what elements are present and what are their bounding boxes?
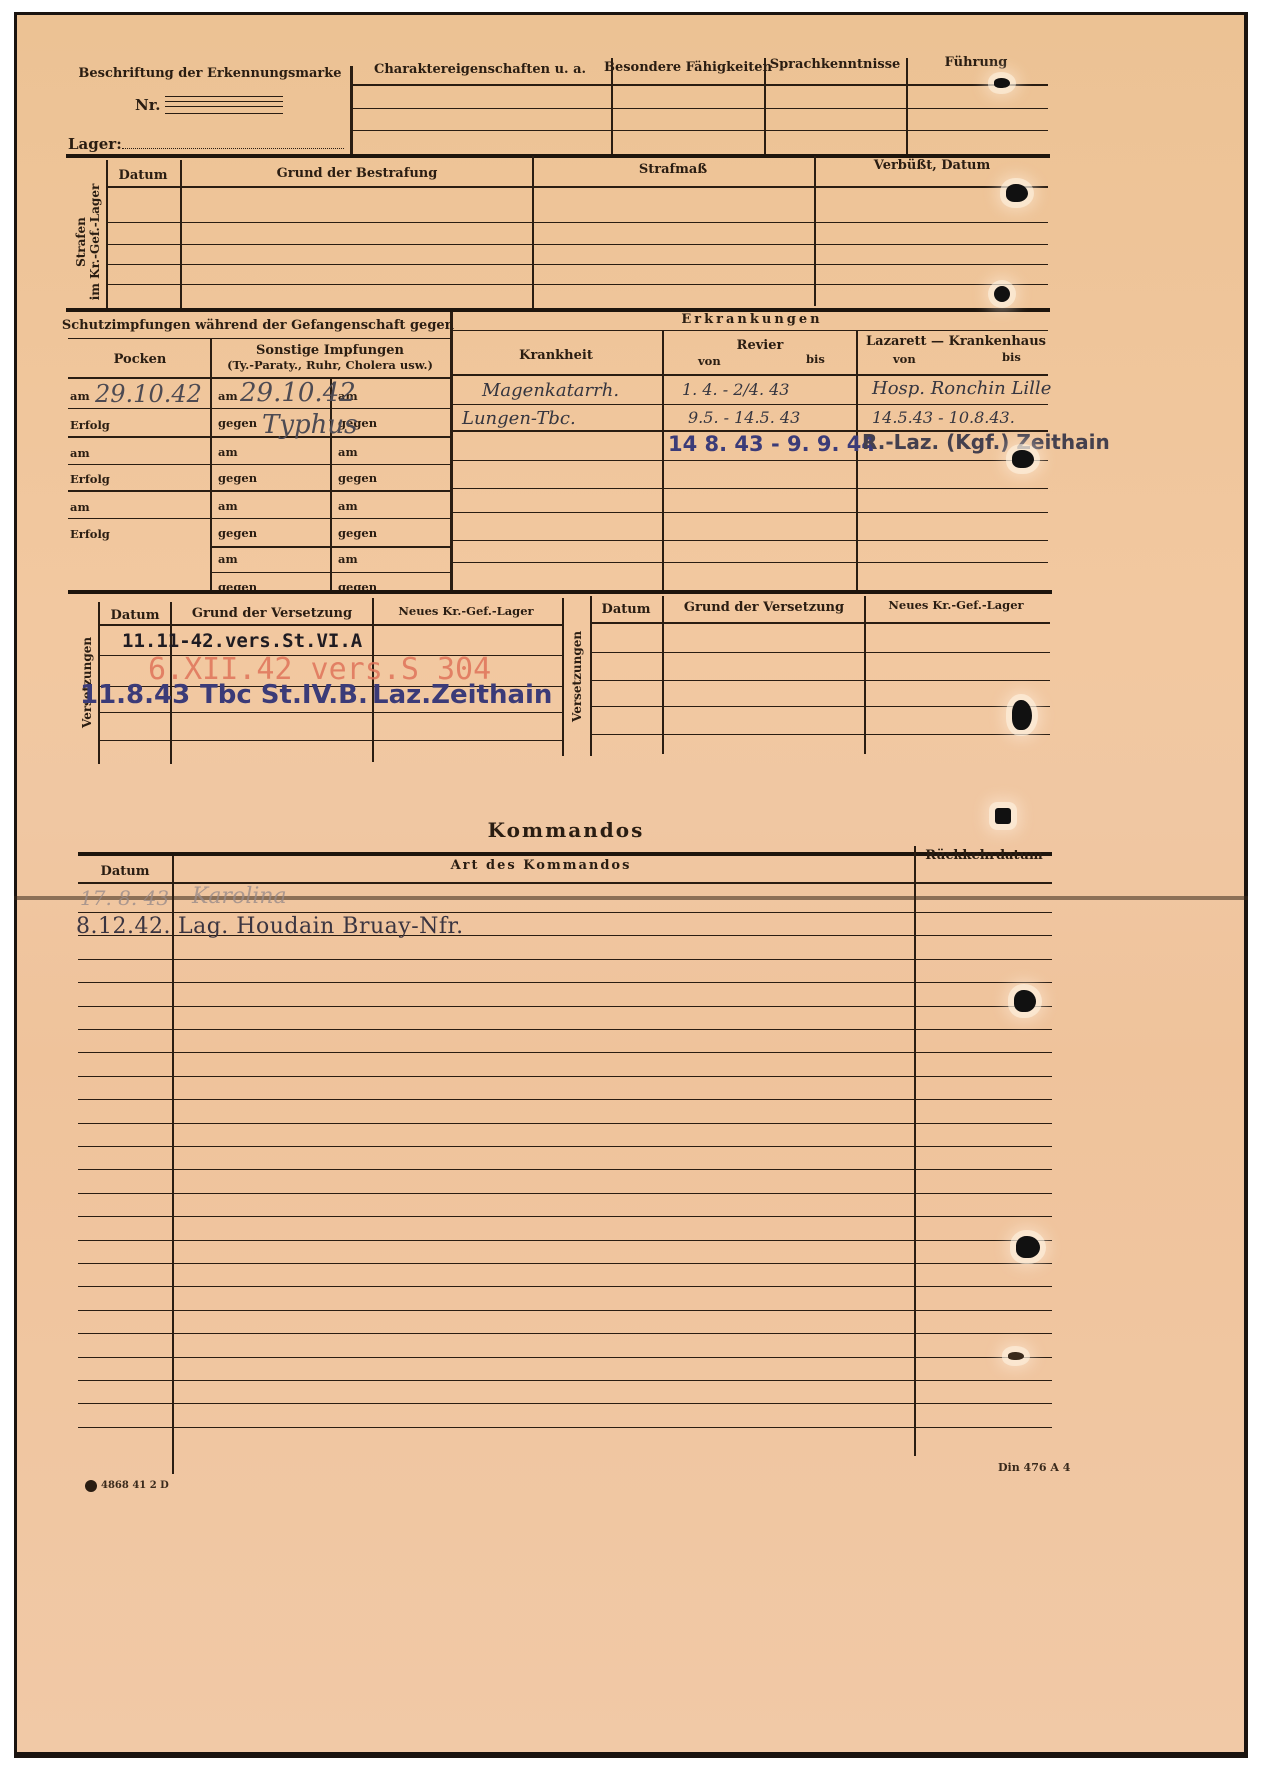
col-lazarett-bis: bis — [1002, 350, 1021, 364]
punch-hole — [994, 78, 1010, 88]
strafen-side-label: Strafen im Kr.-Gef.-Lager — [74, 182, 102, 302]
punch-hole — [1012, 700, 1032, 730]
transfer-3-lager: Laz.Zeithain — [372, 680, 552, 710]
illness-3-revier-stamp: 14 8. 43 - 9. 9. 44 — [668, 432, 876, 456]
col-grund-bestrafung: Grund der Bestrafung — [277, 166, 438, 181]
illness-2-krankheit: Lungen-Tbc. — [462, 408, 576, 429]
pocken-am-label: am — [70, 389, 90, 403]
illness-3-lazarett-stamp: R.-Laz. (Kgf.) Zeithain — [862, 430, 1110, 454]
punch-hole — [1006, 184, 1028, 202]
pocken-date-entry: 29.10.42 — [95, 380, 202, 408]
col-grund-versetzung: Grund der Versetzung — [192, 606, 352, 621]
col-datum-strafen: Datum — [119, 168, 168, 183]
lager-field[interactable] — [122, 148, 344, 149]
printer-mark-icon — [85, 1480, 97, 1492]
sonstige-am-label: am — [218, 389, 238, 403]
sonstige-gegen-entry: Typhus — [262, 410, 358, 440]
transfer-3-datum: 11.8.43 — [80, 680, 190, 710]
illness-2-revier: 9.5. - 14.5. 43 — [688, 408, 800, 427]
kommando-2-art: Lag. Houdain Bruay-Nfr. — [178, 914, 464, 939]
pocken-erfolg-label: Erfolg — [70, 472, 110, 486]
versetzungen-side-label-2: Versetzungen — [570, 632, 584, 722]
sonstige2-am-label: am — [338, 499, 358, 513]
pocken-erfolg-label: Erfolg — [70, 527, 110, 541]
col-revier-von: von — [698, 354, 721, 368]
transfer-1: 11.11-42.vers.St.VI.A — [122, 630, 362, 652]
sonstige-am-label: am — [218, 552, 238, 566]
pocken-erfolg-label: Erfolg — [70, 418, 110, 432]
pocken-am-label: am — [70, 500, 90, 514]
col-strafmass: Strafmaß — [639, 162, 707, 177]
illness-heading: Erkrankungen — [681, 312, 822, 327]
din-format: Din 476 A 4 — [998, 1461, 1070, 1474]
print-code: 4868 41 2 D — [101, 1480, 169, 1491]
illness-2-lazarett: 14.5.43 - 10.8.43. — [872, 408, 1015, 427]
sonstige-gegen-label: gegen — [218, 416, 257, 430]
sonstige2-am-label: am — [338, 445, 358, 459]
col-lazarett-von: von — [893, 352, 916, 366]
punch-hole — [1014, 990, 1036, 1012]
col-krankheit: Krankheit — [519, 348, 593, 363]
col-revier-bis: bis — [806, 352, 825, 366]
col-neues-lager-2: Neues Kr.-Gef.-Lager — [888, 598, 1023, 612]
punch-hole — [1008, 1352, 1024, 1360]
sonstige2-gegen-label: gegen — [338, 471, 377, 485]
sonstige-am-label: am — [218, 445, 238, 459]
illness-1-lazarett: Hosp. Ronchin Lille — [872, 378, 1051, 399]
nr-label: Nr. — [135, 96, 160, 114]
pocken-am-label: am — [70, 446, 90, 460]
col-lazarett: Lazarett — Krankenhaus — [866, 334, 1046, 349]
col-verbuesst-datum: Verbüßt, Datum — [874, 158, 990, 173]
lager-label: Lager: — [68, 135, 122, 153]
col-sonstige-impfungen-sub: (Ty.-Paraty., Ruhr, Cholera usw.) — [227, 358, 433, 372]
kommando-2-datum: 8.12.42. — [76, 914, 171, 939]
sonstige2-am-label: am — [338, 552, 358, 566]
illness-1-revier: 1. 4. - 2/4. 43 — [682, 380, 789, 399]
punch-hole — [1012, 450, 1034, 468]
col-sprachkenntnisse: Sprachkenntnisse — [770, 57, 901, 72]
col-art-des-kommandos: Art des Kommandos — [451, 858, 632, 873]
nr-field[interactable] — [165, 96, 283, 114]
col-neues-lager: Neues Kr.-Gef.-Lager — [398, 604, 533, 618]
kommando-1-datum: 17. 8. 43 — [80, 886, 169, 910]
col-grund-versetzung-2: Grund der Versetzung — [684, 600, 844, 615]
vaccination-heading: Schutzimpfungen während der Gefangenscha… — [62, 318, 454, 333]
sonstige-gegen-label: gegen — [218, 526, 257, 540]
illness-1-krankheit: Magenkatarrh. — [482, 380, 619, 401]
punch-hole — [994, 286, 1010, 302]
sonstige-am-label: am — [218, 499, 238, 513]
col-kommando-datum: Datum — [101, 864, 150, 879]
col-fuehrung: Führung — [945, 55, 1008, 70]
col-datum-versetzung: Datum — [111, 608, 160, 623]
col-pocken: Pocken — [114, 352, 167, 367]
punch-hole — [1016, 1236, 1040, 1258]
sonstige2-gegen-label: gegen — [338, 526, 377, 540]
col-revier: Revier — [737, 338, 784, 353]
transfer-3-grund: Tbc St.IV.B. — [200, 680, 368, 710]
tag-heading: Beschriftung der Erkennungsmarke — [78, 66, 341, 81]
col-charaktereigenschaften: Charaktereigenschaften u. a. — [374, 62, 586, 77]
col-sonstige-impfungen: Sonstige Impfungen — [256, 343, 404, 358]
kommando-1-art: Karolina — [192, 884, 287, 909]
col-besondere-faehigkeiten: Besondere Fähigkeiten — [604, 60, 772, 75]
sonstige-gegen-label: gegen — [218, 471, 257, 485]
kommandos-heading: Kommandos — [488, 818, 645, 842]
punch-hole — [995, 808, 1011, 824]
col-datum-versetzung-2: Datum — [602, 602, 651, 617]
col-rueckkehrdatum: Rückkehrdatum — [925, 848, 1042, 863]
sonstige-date-entry: 29.10.42 — [240, 378, 356, 408]
